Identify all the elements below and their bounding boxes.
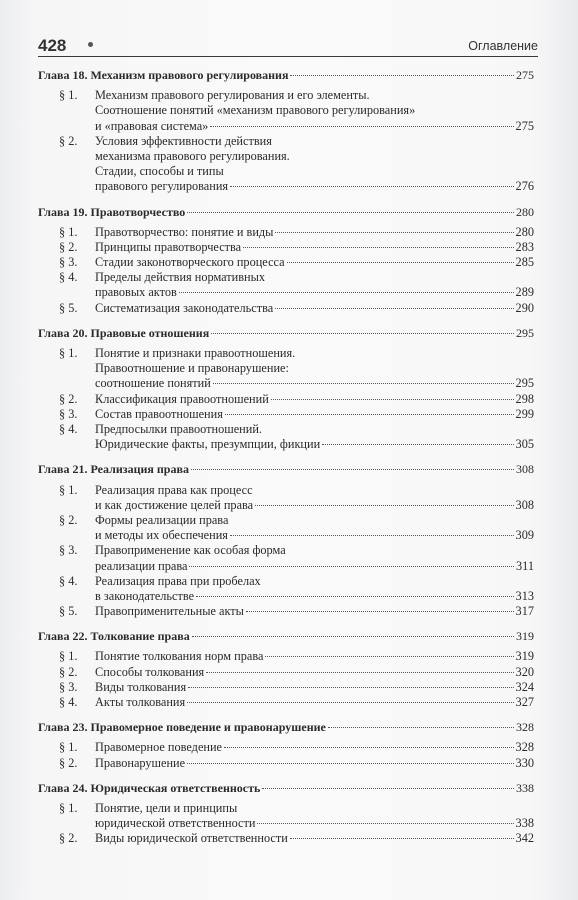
section-title-text: Правоприменение как особая форма bbox=[95, 543, 286, 557]
section-title-text: правового регулирования bbox=[95, 179, 228, 194]
section-body: Понятие, цели и принципыюридической отве… bbox=[95, 801, 534, 831]
section-page-number: 276 bbox=[516, 179, 534, 194]
section-page-number: 317 bbox=[516, 604, 534, 619]
section-title-line: правовых актов289 bbox=[95, 285, 534, 300]
chapter-entry[interactable]: Глава 20. Правовые отношения295 bbox=[38, 326, 534, 341]
section-title-text: Стадии, способы и типы bbox=[95, 164, 224, 178]
section-title-text: Юридические факты, презумпции, фикции bbox=[95, 437, 320, 452]
dot-leader bbox=[224, 747, 514, 748]
section-body: Понятие толкования норм права319 bbox=[95, 649, 534, 664]
section-entry[interactable]: § 1.Понятие, цели и принципыюридической … bbox=[38, 801, 534, 831]
section-body: Виды толкования324 bbox=[95, 680, 534, 695]
dot-leader bbox=[275, 232, 513, 233]
section-title-line: Понятие и признаки правоотношения. bbox=[95, 346, 534, 361]
dot-leader bbox=[179, 292, 514, 293]
section-title-line: Условия эффективности действия bbox=[95, 134, 534, 149]
section-entry[interactable]: § 2.Правонарушение330 bbox=[38, 756, 534, 771]
dot-leader bbox=[225, 414, 514, 415]
dot-leader bbox=[290, 838, 514, 839]
dot-leader bbox=[287, 262, 514, 263]
section-entry[interactable]: § 3.Стадии законотворческого процесса285 bbox=[38, 255, 534, 270]
dot-leader bbox=[262, 788, 514, 789]
section-body: Формы реализации праваи методы их обеспе… bbox=[95, 513, 534, 543]
section-title-text: Принципы правотворчества bbox=[95, 240, 241, 255]
section-title-text: Систематизация законодательства bbox=[95, 301, 273, 316]
dot-leader bbox=[187, 702, 513, 703]
section-title-line: Формы реализации права bbox=[95, 513, 534, 528]
section-number: § 1. bbox=[38, 225, 95, 240]
section-title-text: Правоприменительные акты bbox=[95, 604, 244, 619]
section-title-line: и «правовая система»275 bbox=[95, 119, 534, 134]
section-number: § 1. bbox=[38, 88, 95, 134]
section-entry[interactable]: § 4.Предпосылки правоотношений.Юридическ… bbox=[38, 422, 534, 452]
section-title-text: и «правовая система» bbox=[95, 119, 208, 134]
section-entry[interactable]: § 1.Правомерное поведение328 bbox=[38, 740, 534, 755]
section-page-number: 342 bbox=[516, 831, 534, 846]
dot-leader bbox=[255, 505, 513, 506]
section-title-text: юридической ответственности bbox=[95, 816, 255, 831]
section-title-line: юридической ответственности338 bbox=[95, 816, 534, 831]
chapter-page-number: 280 bbox=[516, 205, 534, 220]
chapter-entry[interactable]: Глава 19. Правотворчество280 bbox=[38, 205, 534, 220]
section-title-text: в законодательстве bbox=[95, 589, 194, 604]
dot-leader bbox=[328, 727, 514, 728]
section-title-text: Реализация права при пробелах bbox=[95, 574, 261, 588]
chapter-entry[interactable]: Глава 21. Реализация права308 bbox=[38, 462, 534, 477]
section-number: § 1. bbox=[38, 483, 95, 513]
dot-leader bbox=[188, 687, 513, 688]
section-title-text: Формы реализации права bbox=[95, 513, 228, 527]
section-page-number: 308 bbox=[516, 498, 534, 513]
section-number: § 3. bbox=[38, 680, 95, 695]
chapter-entry[interactable]: Глава 18. Механизм правового регулирован… bbox=[38, 68, 534, 83]
chapter-page-number: 295 bbox=[516, 326, 534, 341]
section-page-number: 275 bbox=[516, 119, 534, 134]
chapter-title: Глава 19. Правотворчество bbox=[38, 205, 185, 220]
section-number: § 4. bbox=[38, 695, 95, 710]
section-title-line: Правоотношение и правонарушение: bbox=[95, 361, 534, 376]
section-title-line: Стадии законотворческого процесса285 bbox=[95, 255, 534, 270]
section-title-text: Стадии законотворческого процесса bbox=[95, 255, 285, 270]
section-page-number: 295 bbox=[516, 376, 534, 391]
section-page-number: 290 bbox=[516, 301, 534, 316]
chapter-entry[interactable]: Глава 24. Юридическая ответственность338 bbox=[38, 781, 534, 796]
section-title-line: Реализация права при пробелах bbox=[95, 574, 534, 589]
section-title-text: Правонарушение bbox=[95, 756, 185, 771]
section-title-text: соотношение понятий bbox=[95, 376, 211, 391]
section-page-number: 309 bbox=[516, 528, 534, 543]
section-title-text: Классификация правоотношений bbox=[95, 392, 269, 407]
section-entry[interactable]: § 2.Формы реализации праваи методы их об… bbox=[38, 513, 534, 543]
section-entry[interactable]: § 2.Виды юридической ответственности342 bbox=[38, 831, 534, 846]
section-title-line: Правомерное поведение328 bbox=[95, 740, 534, 755]
section-number: § 2. bbox=[38, 392, 95, 407]
section-entry[interactable]: § 2.Способы толкования320 bbox=[38, 665, 534, 680]
section-entry[interactable]: § 4.Пределы действия нормативныхправовых… bbox=[38, 270, 534, 300]
section-number: § 2. bbox=[38, 756, 95, 771]
section-title-line: Реализация права как процесс bbox=[95, 483, 534, 498]
section-number: § 1. bbox=[38, 801, 95, 831]
section-page-number: 313 bbox=[516, 589, 534, 604]
section-page-number: 305 bbox=[516, 437, 534, 452]
chapter-title: Глава 23. Правомерное поведение и правон… bbox=[38, 720, 326, 735]
section-number: § 2. bbox=[38, 831, 95, 846]
dot-leader bbox=[322, 444, 513, 445]
section-body: Состав правоотношения299 bbox=[95, 407, 534, 422]
chapter-title: Глава 24. Юридическая ответственность bbox=[38, 781, 260, 796]
section-body: Стадии законотворческого процесса285 bbox=[95, 255, 534, 270]
section-title-line: Соотношение понятий «механизм правового … bbox=[95, 103, 534, 118]
section-body: Правоприменение как особая формареализац… bbox=[95, 543, 534, 573]
section-title-text: Виды юридической ответственности bbox=[95, 831, 288, 846]
section-body: Систематизация законодательства290 bbox=[95, 301, 534, 316]
section-body: Реализация права при пробелахв законодат… bbox=[95, 574, 534, 604]
section-title-line: Правотворчество: понятие и виды280 bbox=[95, 225, 534, 240]
section-number: § 2. bbox=[38, 513, 95, 543]
section-title-text: Виды толкования bbox=[95, 680, 186, 695]
dot-leader bbox=[271, 399, 514, 400]
section-page-number: 319 bbox=[516, 649, 534, 664]
section-title-line: Понятие, цели и принципы bbox=[95, 801, 534, 816]
section-title-text: Правоотношение и правонарушение: bbox=[95, 361, 289, 375]
section-number: § 1. bbox=[38, 346, 95, 392]
section-title-line: и как достижение целей права308 bbox=[95, 498, 534, 513]
dot-leader bbox=[290, 75, 514, 76]
section-title-text: Условия эффективности действия bbox=[95, 134, 272, 148]
section-title-line: механизма правового регулирования. bbox=[95, 149, 534, 164]
dot-leader bbox=[257, 823, 513, 824]
section-body: Правотворчество: понятие и виды280 bbox=[95, 225, 534, 240]
section-title-text: Правомерное поведение bbox=[95, 740, 222, 755]
chapter-title: Глава 21. Реализация права bbox=[38, 462, 189, 477]
section-title-text: механизма правового регулирования. bbox=[95, 149, 290, 163]
section-page-number: 285 bbox=[516, 255, 534, 270]
section-title-text: Состав правоотношения bbox=[95, 407, 223, 422]
section-title-text: Понятие толкования норм права bbox=[95, 649, 263, 664]
chapter-entry[interactable]: Глава 22. Толкование права319 bbox=[38, 629, 534, 644]
section-page-number: 299 bbox=[516, 407, 534, 422]
chapter-page-number: 275 bbox=[516, 68, 534, 83]
section-number: § 3. bbox=[38, 543, 95, 573]
section-number: § 2. bbox=[38, 240, 95, 255]
section-body: Механизм правового регулирования и его э… bbox=[95, 88, 534, 134]
section-title-line: Систематизация законодательства290 bbox=[95, 301, 534, 316]
dot-leader bbox=[246, 611, 514, 612]
section-body: Виды юридической ответственности342 bbox=[95, 831, 534, 846]
section-title-text: правовых актов bbox=[95, 285, 177, 300]
section-entry[interactable]: § 3.Правоприменение как особая формареал… bbox=[38, 543, 534, 573]
section-body: Способы толкования320 bbox=[95, 665, 534, 680]
chapter-title: Глава 20. Правовые отношения bbox=[38, 326, 209, 341]
section-body: Классификация правоотношений298 bbox=[95, 392, 534, 407]
section-entry[interactable]: § 2.Условия эффективности действиямехани… bbox=[38, 134, 534, 195]
toc-chapter: Глава 20. Правовые отношения295§ 1.Понят… bbox=[38, 326, 534, 453]
section-entry[interactable]: § 2.Принципы правотворчества283 bbox=[38, 240, 534, 255]
section-entry[interactable]: § 5.Правоприменительные акты317 bbox=[38, 604, 534, 619]
page-number: 428 bbox=[38, 36, 66, 56]
section-title-line: Состав правоотношения299 bbox=[95, 407, 534, 422]
table-of-contents: Глава 18. Механизм правового регулирован… bbox=[38, 68, 534, 857]
section-title-line: Принципы правотворчества283 bbox=[95, 240, 534, 255]
dot-leader bbox=[191, 469, 514, 470]
section-title-text: Пределы действия нормативных bbox=[95, 270, 265, 284]
section-number: § 5. bbox=[38, 604, 95, 619]
section-number: § 3. bbox=[38, 407, 95, 422]
section-title-line: Понятие толкования норм права319 bbox=[95, 649, 534, 664]
section-title-line: Правонарушение330 bbox=[95, 756, 534, 771]
section-title-line: Способы толкования320 bbox=[95, 665, 534, 680]
chapter-page-number: 328 bbox=[516, 720, 534, 735]
section-entry[interactable]: § 5.Систематизация законодательства290 bbox=[38, 301, 534, 316]
section-title-line: Юридические факты, презумпции, фикции305 bbox=[95, 437, 534, 452]
section-title-text: Понятие и признаки правоотношения. bbox=[95, 346, 295, 360]
section-body: Реализация права как процесси как достиж… bbox=[95, 483, 534, 513]
section-title-text: Правотворчество: понятие и виды bbox=[95, 225, 273, 240]
chapter-title: Глава 18. Механизм правового регулирован… bbox=[38, 68, 288, 83]
section-title-text: Соотношение понятий «механизм правового … bbox=[95, 103, 415, 117]
section-body: Правомерное поведение328 bbox=[95, 740, 534, 755]
section-entry[interactable]: § 1.Понятие и признаки правоотношения.Пр… bbox=[38, 346, 534, 392]
section-entry[interactable]: § 1.Реализация права как процесси как до… bbox=[38, 483, 534, 513]
section-body: Условия эффективности действиямеханизма … bbox=[95, 134, 534, 195]
section-entry[interactable]: § 1.Механизм правового регулирования и е… bbox=[38, 88, 534, 134]
dot-leader bbox=[265, 656, 513, 657]
section-title-text: и как достижение целей права bbox=[95, 498, 253, 513]
section-entry[interactable]: § 1.Правотворчество: понятие и виды280 bbox=[38, 225, 534, 240]
section-title-line: Пределы действия нормативных bbox=[95, 270, 534, 285]
section-entry[interactable]: § 4.Акты толкования327 bbox=[38, 695, 534, 710]
section-title-text: Способы толкования bbox=[95, 665, 204, 680]
section-page-number: 298 bbox=[516, 392, 534, 407]
section-page-number: 311 bbox=[516, 559, 534, 574]
section-entry[interactable]: § 2.Классификация правоотношений298 bbox=[38, 392, 534, 407]
section-number: § 4. bbox=[38, 574, 95, 604]
section-title-line: Предпосылки правоотношений. bbox=[95, 422, 534, 437]
section-title-text: Акты толкования bbox=[95, 695, 185, 710]
dot-leader bbox=[213, 383, 514, 384]
section-title-line: соотношение понятий295 bbox=[95, 376, 534, 391]
section-page-number: 289 bbox=[516, 285, 534, 300]
section-body: Понятие и признаки правоотношения.Правоо… bbox=[95, 346, 534, 392]
section-page-number: 328 bbox=[516, 740, 534, 755]
section-title: Оглавление bbox=[468, 39, 538, 53]
section-title-line: Классификация правоотношений298 bbox=[95, 392, 534, 407]
section-page-number: 280 bbox=[516, 225, 534, 240]
section-number: § 5. bbox=[38, 301, 95, 316]
section-title-line: Виды толкования324 bbox=[95, 680, 534, 695]
section-body: Правоприменительные акты317 bbox=[95, 604, 534, 619]
section-page-number: 330 bbox=[516, 756, 534, 771]
dot-leader bbox=[230, 535, 514, 536]
bullet-icon bbox=[88, 42, 93, 47]
toc-chapter: Глава 19. Правотворчество280§ 1.Правотво… bbox=[38, 205, 534, 316]
section-number: § 3. bbox=[38, 255, 95, 270]
section-body: Предпосылки правоотношений.Юридические ф… bbox=[95, 422, 534, 452]
section-title-line: Виды юридической ответственности342 bbox=[95, 831, 534, 846]
dot-leader bbox=[187, 212, 514, 213]
dot-leader bbox=[187, 763, 513, 764]
dot-leader bbox=[230, 186, 513, 187]
section-number: § 1. bbox=[38, 649, 95, 664]
toc-chapter: Глава 21. Реализация права308§ 1.Реализа… bbox=[38, 462, 534, 619]
dot-leader bbox=[243, 247, 513, 248]
section-body: Принципы правотворчества283 bbox=[95, 240, 534, 255]
section-body: Правонарушение330 bbox=[95, 756, 534, 771]
section-title-line: Механизм правового регулирования и его э… bbox=[95, 88, 534, 103]
section-page-number: 283 bbox=[516, 240, 534, 255]
section-number: § 1. bbox=[38, 740, 95, 755]
chapter-page-number: 338 bbox=[516, 781, 534, 796]
dot-leader bbox=[192, 636, 514, 637]
dot-leader bbox=[189, 566, 514, 567]
chapter-entry[interactable]: Глава 23. Правомерное поведение и правон… bbox=[38, 720, 534, 735]
section-title-text: Механизм правового регулирования и его э… bbox=[95, 88, 370, 102]
section-page-number: 324 bbox=[516, 680, 534, 695]
section-body: Пределы действия нормативныхправовых акт… bbox=[95, 270, 534, 300]
dot-leader bbox=[211, 333, 514, 334]
dot-leader bbox=[196, 596, 513, 597]
toc-chapter: Глава 23. Правомерное поведение и правон… bbox=[38, 720, 534, 771]
section-title-line: Правоприменительные акты317 bbox=[95, 604, 534, 619]
chapter-page-number: 319 bbox=[516, 629, 534, 644]
section-page-number: 327 bbox=[516, 695, 534, 710]
section-entry[interactable]: § 1.Понятие толкования норм права319 bbox=[38, 649, 534, 664]
section-title-line: Правоприменение как особая форма bbox=[95, 543, 534, 558]
running-header: 428 Оглавление bbox=[38, 36, 538, 57]
section-title-line: правового регулирования276 bbox=[95, 179, 534, 194]
chapter-title: Глава 22. Толкование права bbox=[38, 629, 190, 644]
toc-chapter: Глава 18. Механизм правового регулирован… bbox=[38, 68, 534, 195]
section-number: § 2. bbox=[38, 665, 95, 680]
toc-chapter: Глава 24. Юридическая ответственность338… bbox=[38, 781, 534, 847]
dot-leader bbox=[210, 126, 513, 127]
chapter-page-number: 308 bbox=[516, 462, 534, 477]
section-title-line: Стадии, способы и типы bbox=[95, 164, 534, 179]
section-page-number: 338 bbox=[516, 816, 534, 831]
section-title-text: Понятие, цели и принципы bbox=[95, 801, 237, 815]
section-number: § 4. bbox=[38, 270, 95, 300]
section-title-text: реализации права bbox=[95, 559, 187, 574]
section-title-line: Акты толкования327 bbox=[95, 695, 534, 710]
dot-leader bbox=[206, 672, 513, 673]
section-title-text: и методы их обеспечения bbox=[95, 528, 228, 543]
section-entry[interactable]: § 4.Реализация права при пробелахв закон… bbox=[38, 574, 534, 604]
toc-chapter: Глава 22. Толкование права319§ 1.Понятие… bbox=[38, 629, 534, 710]
section-entry[interactable]: § 3.Виды толкования324 bbox=[38, 680, 534, 695]
section-title-text: Реализация права как процесс bbox=[95, 483, 253, 497]
section-title-line: и методы их обеспечения309 bbox=[95, 528, 534, 543]
section-title-line: в законодательстве313 bbox=[95, 589, 534, 604]
section-title-line: реализации права311 bbox=[95, 559, 534, 574]
section-title-text: Предпосылки правоотношений. bbox=[95, 422, 262, 436]
section-number: § 2. bbox=[38, 134, 95, 195]
section-page-number: 320 bbox=[516, 665, 534, 680]
dot-leader bbox=[275, 308, 513, 309]
section-number: § 4. bbox=[38, 422, 95, 452]
section-body: Акты толкования327 bbox=[95, 695, 534, 710]
section-entry[interactable]: § 3.Состав правоотношения299 bbox=[38, 407, 534, 422]
